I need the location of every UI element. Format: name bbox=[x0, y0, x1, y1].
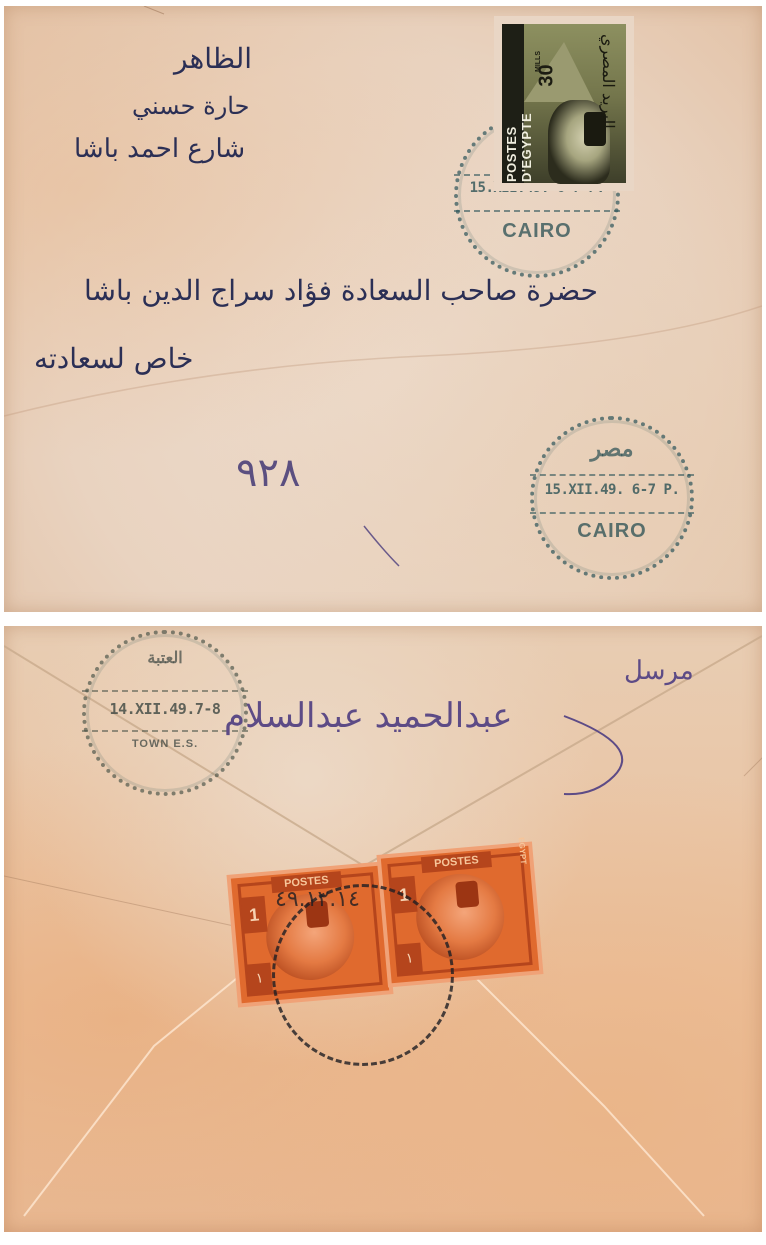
postmark-black: ٤٩.١٢.١٤ bbox=[272, 884, 454, 1066]
handwritten-signature-end: مرسل bbox=[624, 656, 694, 686]
stamp-arabic-value: ١ bbox=[246, 963, 273, 995]
envelope-front: الظاهر حارة حسني شارع احمد باشا حضرة صاح… bbox=[4, 6, 762, 612]
handwritten-signature: عبدالحميد عبدالسلام bbox=[224, 696, 513, 736]
postmark-city: TOWN E.S. bbox=[86, 738, 244, 750]
postmark-arabic: ٤٩.١٢.١٤ bbox=[275, 887, 451, 912]
paper-creases bbox=[4, 6, 762, 612]
stamp-value: 1 bbox=[241, 896, 268, 934]
postmark-arabic: العتبة bbox=[86, 648, 244, 667]
fez-hat bbox=[455, 880, 479, 908]
postmark-bar bbox=[82, 690, 248, 692]
envelope-back: العتبة 14.XII.49.7-8 TOWN E.S. عبدالحميد… bbox=[4, 626, 762, 1232]
postmark-date: 14.XII.49.7-8 bbox=[86, 700, 244, 718]
